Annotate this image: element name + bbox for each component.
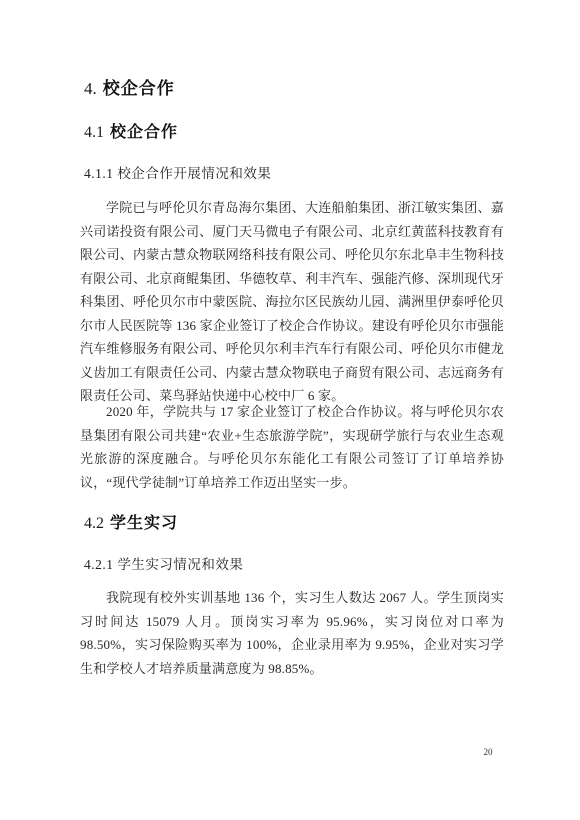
paragraph-2020-agreements: 2020 年，学院共与 17 家企业签订了校企合作协议。将与呼伦贝尔农垦集团有限… bbox=[80, 400, 504, 494]
paragraph-internship-stats: 我院现有校外实训基地 136 个，实习生人数达 2067 人。学生顶岗实习时间达… bbox=[80, 586, 504, 680]
section-4-1-number: 4.1 bbox=[84, 124, 104, 141]
section-4-2-number: 4.2 bbox=[84, 515, 104, 532]
chapter-heading: 4.校企合作 bbox=[84, 74, 175, 99]
chapter-title: 校企合作 bbox=[103, 79, 175, 98]
subsection-heading-4-2-1: 4.2.1 学生实习情况和效果 bbox=[84, 553, 243, 573]
page-number: 20 bbox=[478, 747, 498, 757]
section-heading-4-1: 4.1校企合作 bbox=[84, 119, 178, 142]
subsection-heading-4-1-1: 4.1.1 校企合作开展情况和效果 bbox=[84, 162, 271, 182]
document-page: 4.校企合作 4.1校企合作 4.1.1 校企合作开展情况和效果 学院已与呼伦贝… bbox=[0, 0, 580, 820]
section-4-1-title: 校企合作 bbox=[110, 124, 178, 141]
section-heading-4-2: 4.2学生实习 bbox=[84, 510, 178, 533]
paragraph-cooperation-enterprises: 学院已与呼伦贝尔青岛海尔集团、大连船舶集团、浙江敏实集团、嘉兴司诺投资有限公司、… bbox=[80, 196, 504, 408]
section-4-2-title: 学生实习 bbox=[110, 515, 178, 532]
chapter-number: 4. bbox=[84, 79, 97, 98]
